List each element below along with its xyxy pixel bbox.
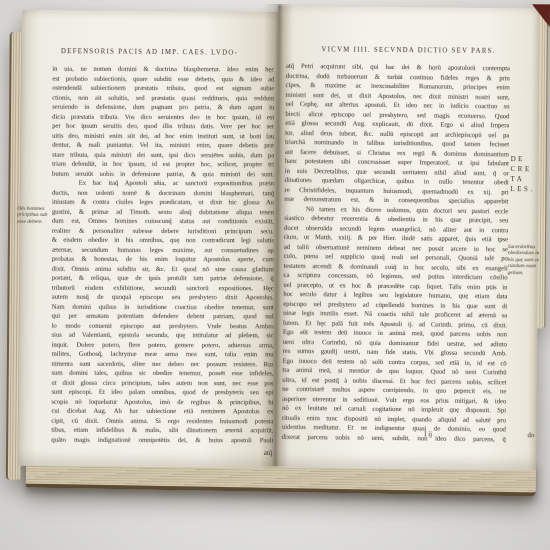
text-line: gelium.	[508, 270, 544, 277]
text-line: qui per armatam potentiam defendere debe…	[52, 312, 274, 322]
text-line: sius ad Valentianū, epistola secunda, qu…	[52, 331, 274, 341]
photo-background: DEFENSORIS PACIS AD IMP. CAES. LVDO- in …	[0, 0, 550, 550]
text-line: dixit. Omnis anima subdita sit, &c. Et q…	[52, 264, 274, 274]
text-line: milites, Gothosq̄, lachrymæ meæ arma mea…	[52, 350, 274, 360]
left-catchword: atq̄	[50, 448, 272, 457]
text-line: esse debere.	[17, 219, 53, 226]
text-line: TA	[510, 174, 540, 184]
text-line: stare tributa, quia ministri dei sunt, i…	[52, 150, 274, 160]
text-line: dentur, & mali puniantur. Vel ita, minis…	[52, 141, 274, 151]
signature-row: I ij do	[424, 431, 534, 439]
text-line: iniustam & contra ciuiles leges prædicat…	[52, 198, 274, 208]
right-margin-heading-decretales: DECRETALES.	[510, 154, 540, 194]
right-text-column: atq̄ Petri acquirunt sibi, qui hac dei &…	[282, 62, 510, 445]
text-line: CRE	[511, 164, 541, 174]
right-catchword: do	[527, 432, 534, 439]
text-line: probatas & honestas, de his enim loquitu…	[52, 255, 274, 265]
text-line: dum est, Omnes homines cuiuscunq̄ status…	[52, 217, 274, 227]
open-book: DEFENSORIS PACIS AD IMP. CAES. LVDO- in …	[10, 2, 542, 469]
text-line: ctionis, non ait soluitis, sed præstatis…	[52, 93, 274, 103]
right-page: VICVM IIII. SECVNDA DICTIO SEV PARS. atq…	[274, 6, 540, 470]
signature-mark: I ij	[424, 431, 432, 438]
right-margin-note: Sacerdotibusobediendum inhis quę sunt se…	[508, 244, 544, 276]
text-line: cui dicebat Aug. Ab hac subiectione etiā…	[51, 407, 273, 417]
text-line: quāto magis indignationē omnipotētis dei…	[51, 435, 273, 445]
text-line: realiter & personaliter subesse debere i…	[52, 226, 274, 236]
text-line: est probatio subiectionis, quare subditi…	[52, 74, 274, 84]
text-line: scopis nō loquebatur Apostolus, imò de r…	[51, 397, 273, 407]
text-line: inquit. Dolere potero, flere potero, gem…	[52, 340, 274, 350]
text-line: autem nusq̄ de quoquā episcopo seu presb…	[52, 293, 274, 303]
text-line: triam defendūt, in hoc ipsum, id est pro…	[52, 160, 274, 170]
text-line: cipit, cū dixit. Omnis anima. Si ergo re…	[51, 416, 273, 426]
text-line: tributorū eisdem exhibitione, secundū sa…	[52, 283, 274, 293]
text-line: ut dixit glossa circa principium, tales …	[51, 378, 273, 388]
text-line: ductis, non uolenti nomē & doctrinam dom…	[52, 188, 274, 198]
text-line: butum seruiūt uobis in defensione patriæ…	[52, 169, 274, 179]
text-line: portant, & reliqua, quæ de ipsis protuli…	[52, 274, 274, 284]
text-line: & eisdem obedire in his omnibus, quę non…	[52, 236, 274, 246]
text-line: DE	[511, 154, 541, 164]
left-text-column: in uia, ne nomen domini & doctrina blasp…	[51, 65, 274, 446]
text-line: Nam domini quibus in iurisditione coacti…	[52, 302, 274, 312]
book-gutter-shadow	[260, 4, 294, 466]
text-line: in uia, ne nomen domini & doctrina blasp…	[52, 65, 274, 75]
text-line: per hoc ipsum seruitis deo, quod illis t…	[52, 122, 274, 132]
text-line: lo modo conuenit episcopo aut presbytero…	[52, 321, 274, 331]
text-line: æternæ, secundum humanas leges maxime, a…	[52, 245, 274, 255]
text-line: LES.	[510, 184, 540, 194]
left-margin-note: Oēs hominesprīcipibus subesse debere.	[17, 206, 53, 226]
text-line: gustini, & primæ ad Timoth. sexto absq̄ …	[52, 207, 274, 217]
text-line: dicia præstatis tributa. Vos dico seruie…	[52, 112, 274, 122]
text-line: seruiendo in defensione, dum pugnant pro…	[52, 103, 274, 113]
text-line: uitis deo, ministri enim sūt dei, ad hoc…	[52, 131, 274, 141]
left-page: DEFENSORIS PACIS AD IMP. CAES. LVDO- in …	[18, 10, 278, 468]
text-line: sunt episcopi. Et ideo palam omnibus, qu…	[51, 388, 273, 398]
running-header-right: VICVM IIII. SECVNDA DICTIO SEV PARS.	[278, 46, 540, 55]
text-line: Ex hac itaq̄ Apostoli sñia, ac sanctorū …	[52, 179, 274, 189]
running-header-left: DEFENSORIS PACIS AD IMP. CAES. LVDO-	[22, 48, 278, 57]
text-line: tibus, etiam infidelibus & malis, sibi d…	[51, 426, 273, 436]
text-line: nimenta sunt sacerdotis, aliter nec debe…	[52, 359, 274, 369]
text-line: ostendendā subiectionem præstatis tribut…	[52, 84, 274, 94]
text-line: sum domini tales, quibus sic obedire ten…	[51, 369, 273, 379]
